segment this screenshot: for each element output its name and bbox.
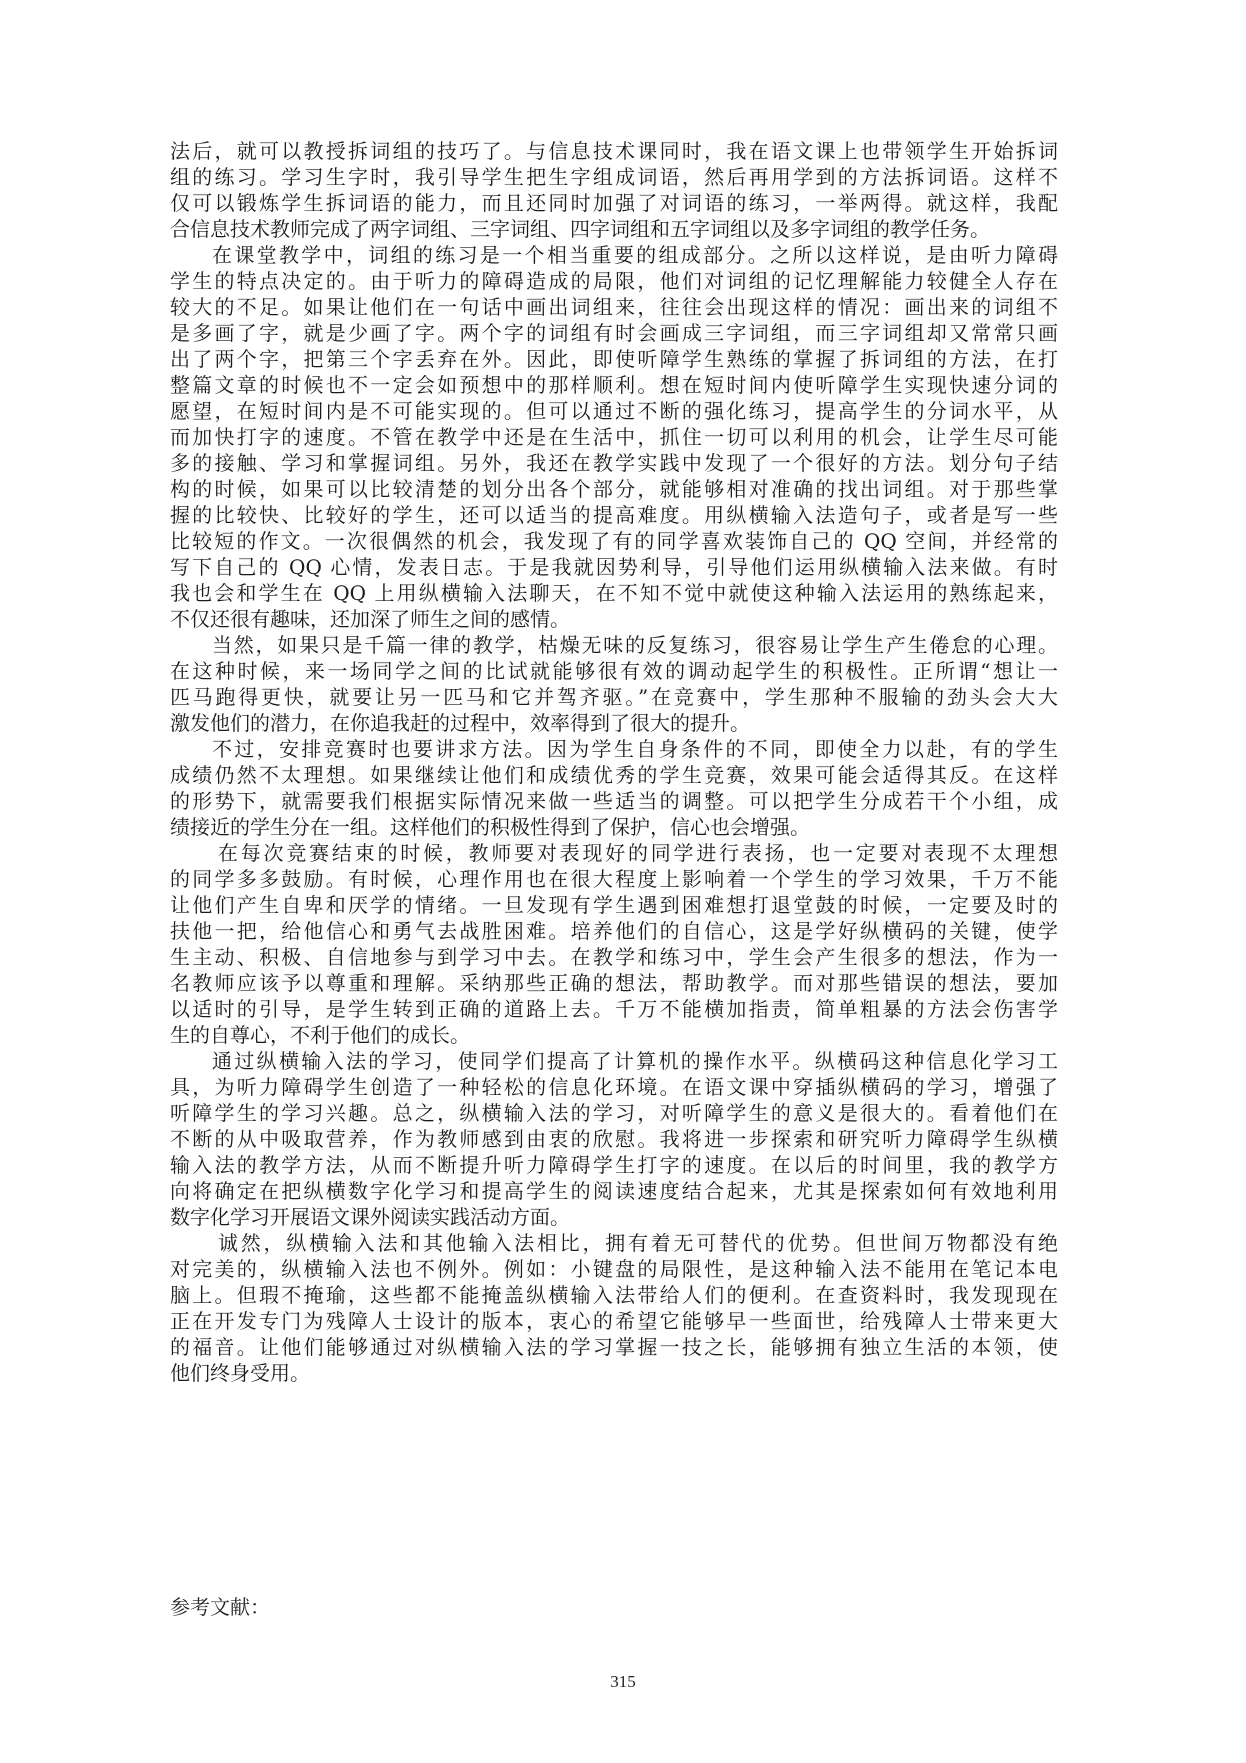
page-number: 315: [0, 1672, 1246, 1692]
text-line: 构的时候，如果可以比较清楚的划分出各个部分，就能够相对准确的找出词组。对于那些掌: [170, 476, 1058, 502]
text-line: 写下自己的 QQ 心情，发表日志。于是我就因势利导，引导他们运用纵横输入法来做。…: [170, 554, 1058, 580]
paragraph: 法后，就可以教授拆词组的技巧了。与信息技术课同时，我在语文课上也带领学生开始拆词…: [170, 138, 1058, 242]
paragraph: 不过，安排竞赛时也要讲求方法。因为学生自身条件的不同，即使全力以赴，有的学生成绩…: [170, 736, 1058, 840]
paragraph: 当然，如果只是千篇一律的教学，枯燥无味的反复练习，很容易让学生产生倦怠的心理。在…: [170, 632, 1058, 736]
text-line: 听障学生的学习兴趣。总之，纵横输入法的学习，对听障学生的意义是很大的。看着他们在: [170, 1100, 1058, 1126]
text-line: 合信息技术教师完成了两字词组、三字词组、四字词组和五字词组以及多字词组的教学任务…: [170, 216, 1058, 242]
text-line: 匹马跑得更快，就要让另一匹马和它并驾齐驱。”在竞赛中，学生那种不服输的劲头会大大: [170, 684, 1058, 710]
paragraph: 通过纵横输入法的学习，使同学们提高了计算机的操作水平。纵横码这种信息化学习工具，…: [170, 1048, 1058, 1230]
text-line: 对完美的，纵横输入法也不例外。例如：小键盘的局限性，是这种输入法不能用在笔记本电: [170, 1256, 1058, 1282]
text-line: 较大的不足。如果让他们在一句话中画出词组来，往往会出现这样的情况：画出来的词组不: [170, 294, 1058, 320]
text-line: 让他们产生自卑和厌学的情绪。一旦发现有学生遇到困难想打退堂鼓的时候，一定要及时的: [170, 892, 1058, 918]
text-line: 我也会和学生在 QQ 上用纵横输入法聊天，在不知不觉中就使这种输入法运用的熟练起…: [170, 580, 1058, 606]
text-line: 的形势下，就需要我们根据实际情况来做一些适当的调整。可以把学生分成若干个小组，成: [170, 788, 1058, 814]
text-line: 的同学多多鼓励。有时候，心理作用也在很大程度上影响着一个学生的学习效果，千万不能: [170, 866, 1058, 892]
paragraph: 诚然，纵横输入法和其他输入法相比，拥有着无可替代的优势。但世间万物都没有绝对完美…: [170, 1230, 1058, 1386]
text-line: 出了两个字，把第三个字丢弃在外。因此，即使听障学生熟练的掌握了拆词组的方法，在打: [170, 346, 1058, 372]
text-line: 不过，安排竞赛时也要讲求方法。因为学生自身条件的不同，即使全力以赴，有的学生: [170, 736, 1058, 762]
text-line: 的福音。让他们能够通过对纵横输入法的学习掌握一技之长，能够拥有独立生活的本领，使: [170, 1334, 1058, 1360]
text-line: 在课堂教学中，词组的练习是一个相当重要的组成部分。之所以这样说，是由听力障碍: [170, 242, 1058, 268]
text-line: 是多画了字，就是少画了字。两个字的词组有时会画成三字词组，而三字词组却又常常只画: [170, 320, 1058, 346]
paragraph: 在课堂教学中，词组的练习是一个相当重要的组成部分。之所以这样说，是由听力障碍学生…: [170, 242, 1058, 632]
paragraph: 在每次竞赛结束的时候，教师要对表现好的同学进行表扬，也一定要对表现不太理想的同学…: [170, 840, 1058, 1048]
text-line: 组的练习。学习生字时，我引导学生把生字组成词语，然后再用学到的方法拆词语。这样不: [170, 164, 1058, 190]
text-line: 而加快打字的速度。不管在教学中还是在生活中，抓住一切可以利用的机会，让学生尽可能: [170, 424, 1058, 450]
text-line: 整篇文章的时候也不一定会如预想中的那样顺利。想在短时间内使听障学生实现快速分词的: [170, 372, 1058, 398]
text-line: 以适时的引导，是学生转到正确的道路上去。千万不能横加指责，简单粗暴的方法会伤害学: [170, 996, 1058, 1022]
text-line: 不断的从中吸取营养，作为教师感到由衷的欣慰。我将进一步探索和研究听力障碍学生纵横: [170, 1126, 1058, 1152]
references-heading: 参考文献：: [170, 1594, 270, 1620]
text-line: 成绩仍然不太理想。如果继续让他们和成绩优秀的学生竞赛，效果可能会适得其反。在这样: [170, 762, 1058, 788]
text-line: 具，为听力障碍学生创造了一种轻松的信息化环境。在语文课中穿插纵横码的学习，增强了: [170, 1074, 1058, 1100]
text-line: 数字化学习开展语文课外阅读实践活动方面。: [170, 1204, 1058, 1230]
text-line: 诚然，纵横输入法和其他输入法相比，拥有着无可替代的优势。但世间万物都没有绝: [170, 1230, 1058, 1256]
text-line: 愿望，在短时间内是不可能实现的。但可以通过不断的强化练习，提高学生的分词水平，从: [170, 398, 1058, 424]
text-line: 绩接近的学生分在一组。这样他们的积极性得到了保护，信心也会增强。: [170, 814, 1058, 840]
text-line: 多的接触、学习和掌握词组。另外，我还在教学实践中发现了一个很好的方法。划分句子结: [170, 450, 1058, 476]
text-line: 当然，如果只是千篇一律的教学，枯燥无味的反复练习，很容易让学生产生倦怠的心理。: [170, 632, 1058, 658]
text-line: 在这种时候，来一场同学之间的比试就能够很有效的调动起学生的积极性。正所谓“想让一: [170, 658, 1058, 684]
text-line: 脑上。但瑕不掩瑜，这些都不能掩盖纵横输入法带给人们的便利。在查资料时，我发现现在: [170, 1282, 1058, 1308]
text-line: 仅可以锻炼学生拆词语的能力，而且还同时加强了对词语的练习，一举两得。就这样，我配: [170, 190, 1058, 216]
text-line: 向将确定在把纵横数字化学习和提高学生的阅读速度结合起来，尤其是探索如何有效地利用: [170, 1178, 1058, 1204]
text-line: 握的比较快、比较好的学生，还可以适当的提高难度。用纵横输入法造句子，或者是写一些: [170, 502, 1058, 528]
text-line: 不仅还很有趣味，还加深了师生之间的感情。: [170, 606, 1058, 632]
text-line: 生主动、积极、自信地参与到学习中去。在教学和练习中，学生会产生很多的想法，作为一: [170, 944, 1058, 970]
text-line: 在每次竞赛结束的时候，教师要对表现好的同学进行表扬，也一定要对表现不太理想: [170, 840, 1058, 866]
document-body: 法后，就可以教授拆词组的技巧了。与信息技术课同时，我在语文课上也带领学生开始拆词…: [170, 138, 1058, 1386]
text-line: 他们终身受用。: [170, 1360, 1058, 1386]
text-line: 学生的特点决定的。由于听力的障碍造成的局限，他们对词组的记忆理解能力较健全人存在: [170, 268, 1058, 294]
text-line: 激发他们的潜力，在你追我赶的过程中，效率得到了很大的提升。: [170, 710, 1058, 736]
text-line: 输入法的教学方法，从而不断提升听力障碍学生打字的速度。在以后的时间里，我的教学方: [170, 1152, 1058, 1178]
text-line: 正在开发专门为残障人士设计的版本，衷心的希望它能够早一些面世，给残障人士带来更大: [170, 1308, 1058, 1334]
text-line: 通过纵横输入法的学习，使同学们提高了计算机的操作水平。纵横码这种信息化学习工: [170, 1048, 1058, 1074]
text-line: 比较短的作文。一次很偶然的机会，我发现了有的同学喜欢装饰自己的 QQ 空间，并经…: [170, 528, 1058, 554]
text-line: 扶他一把，给他信心和勇气去战胜困难。培养他们的自信心，这是学好纵横码的关键，使学: [170, 918, 1058, 944]
text-line: 法后，就可以教授拆词组的技巧了。与信息技术课同时，我在语文课上也带领学生开始拆词: [170, 138, 1058, 164]
text-line: 名教师应该予以尊重和理解。采纳那些正确的想法，帮助教学。而对那些错误的想法，要加: [170, 970, 1058, 996]
text-line: 生的自尊心，不利于他们的成长。: [170, 1022, 1058, 1048]
